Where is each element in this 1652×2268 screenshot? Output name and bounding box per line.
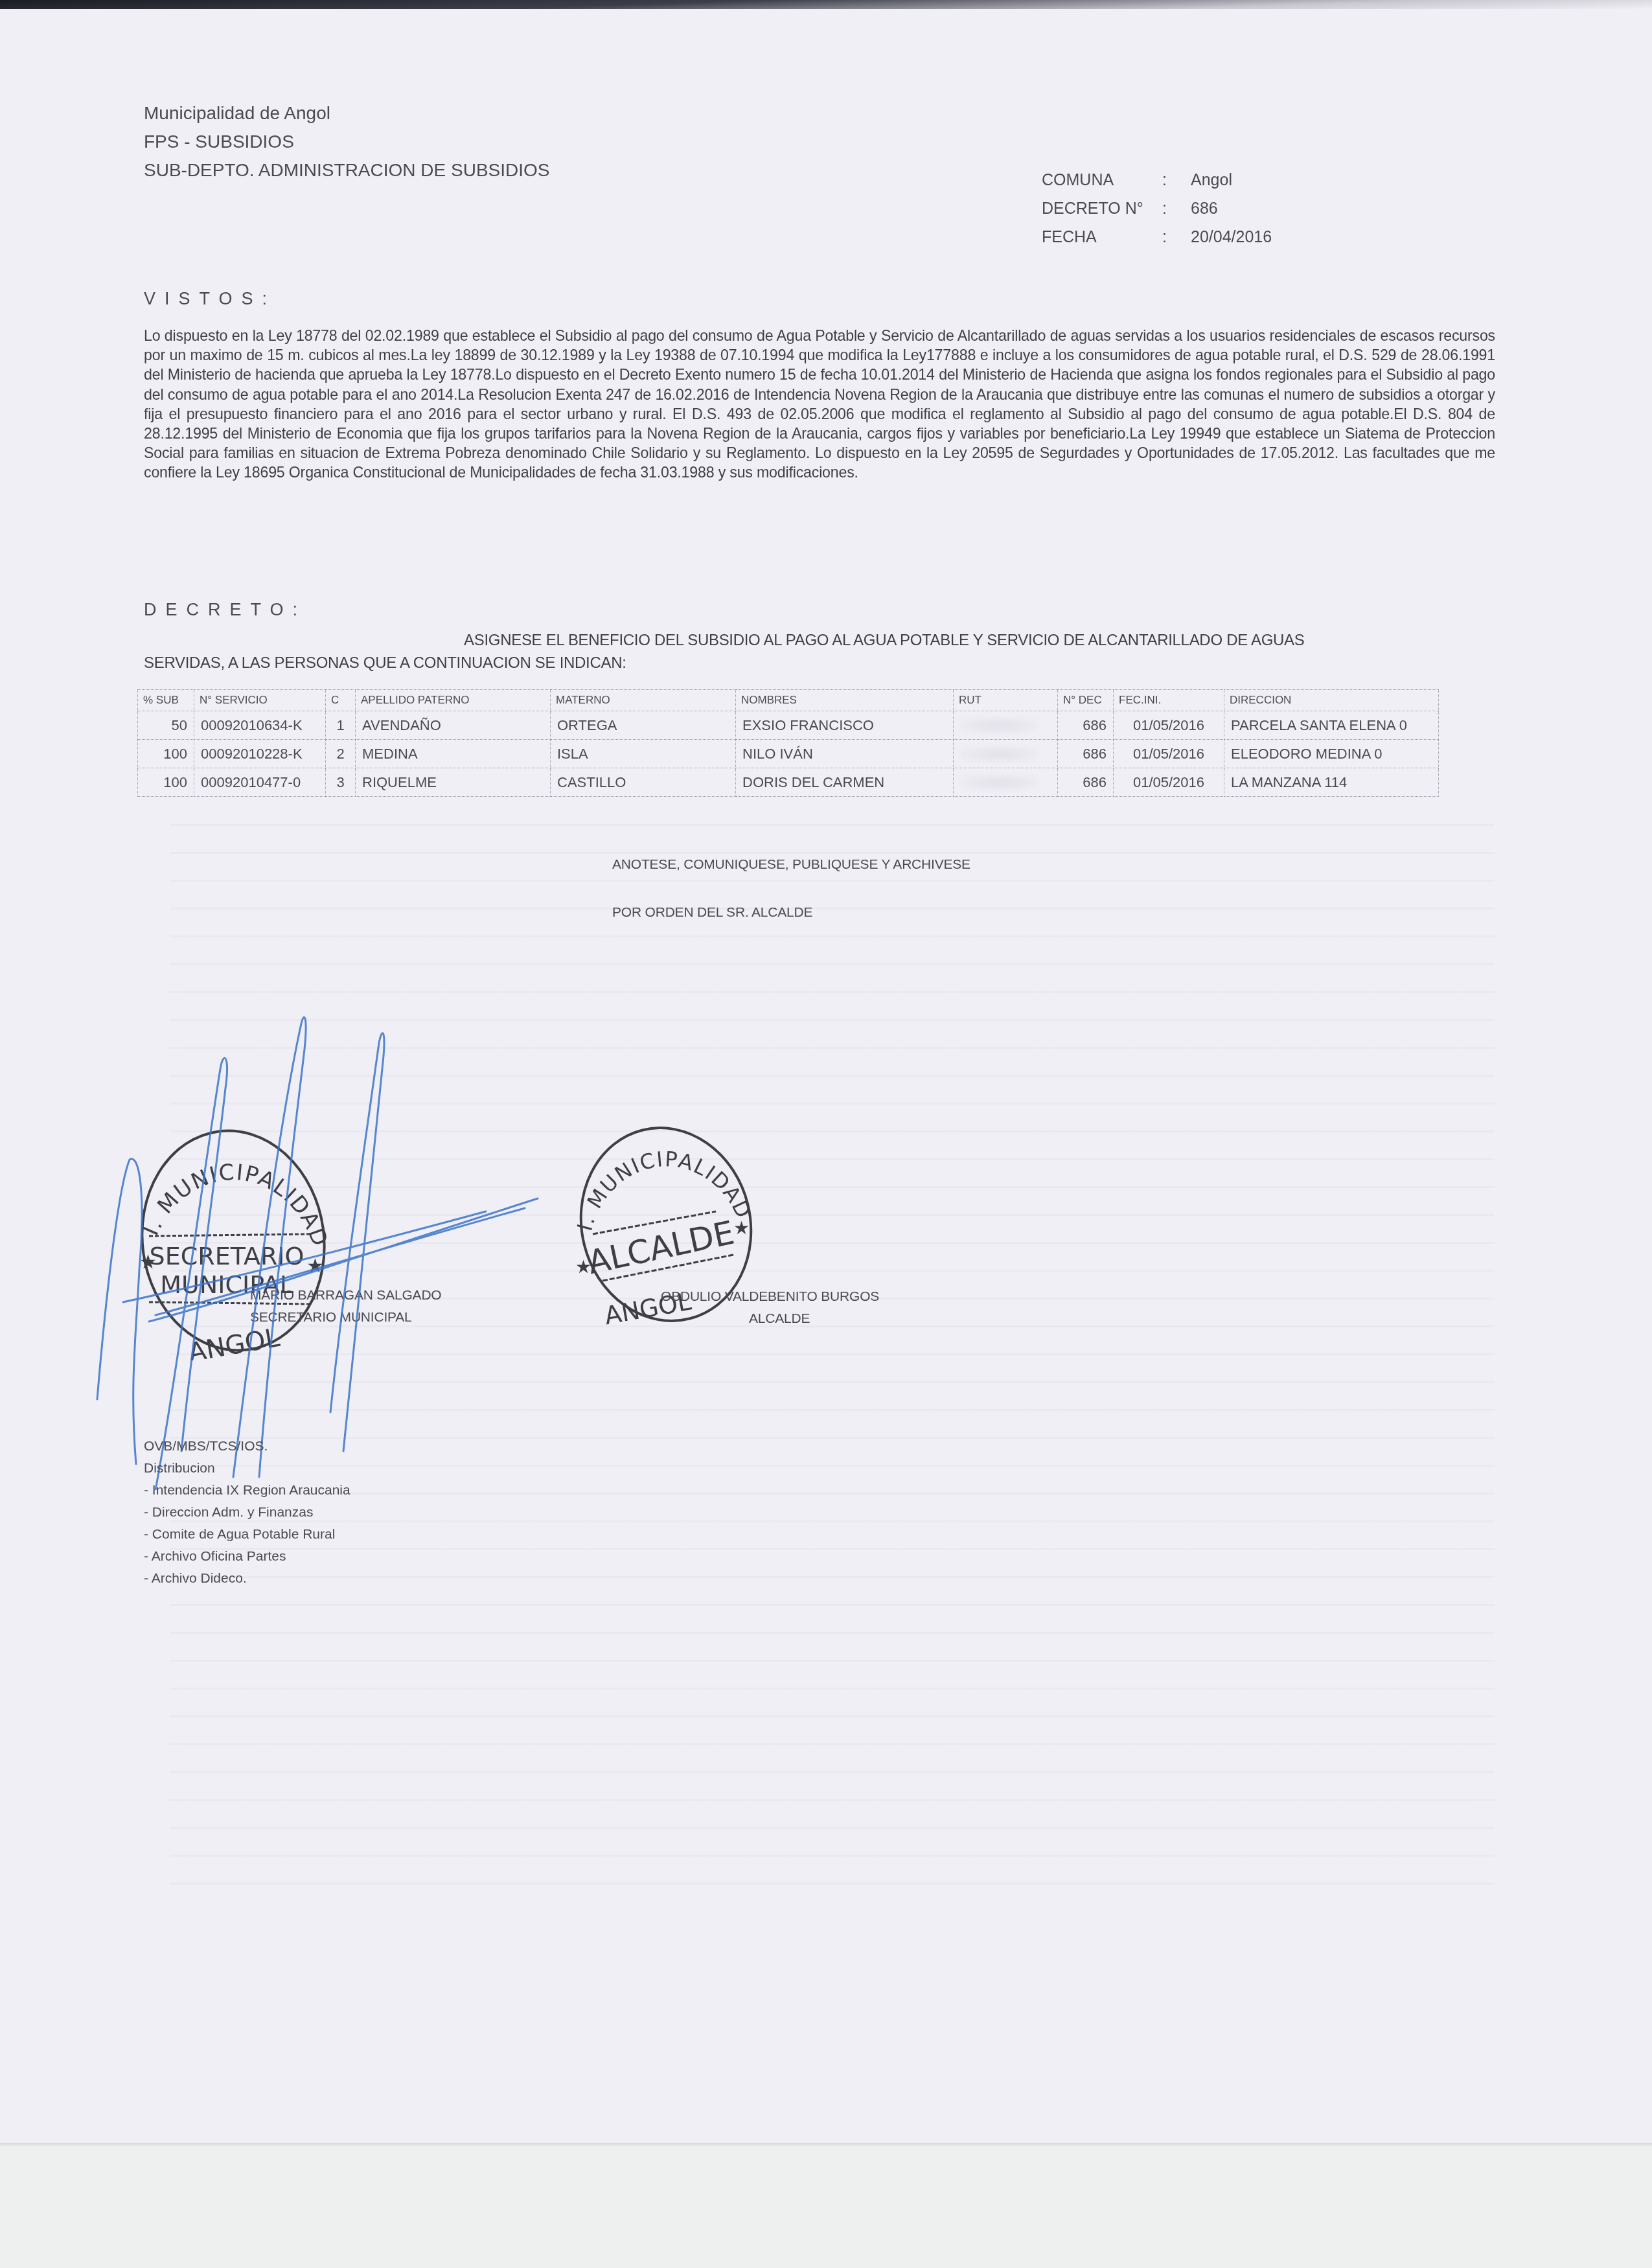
cell-fec: 01/05/2016 [1114,740,1224,768]
table-row: 100 00092010477-0 3 RIQUELME CASTILLO DO… [138,768,1439,797]
table-row: 50 00092010634-K 1 AVENDAÑO ORTEGA EXSIO… [138,711,1439,740]
cell-materno: ORTEGA [551,711,736,740]
col-materno: MATERNO [551,690,736,711]
redaction-blur [960,774,1038,791]
cell-dec: 686 [1058,768,1114,797]
col-fec: FEC.INI. [1114,690,1224,711]
cell-servicio: 00092010634-K [194,711,326,740]
cell-direccion: ELEODORO MEDINA 0 [1224,740,1439,768]
meta-decreto: DECRETO N°:686 [1042,194,1272,223]
cell-c: 3 [326,768,356,797]
cell-c: 2 [326,740,356,768]
table-header-row: % SUB N° SERVICIO C APELLIDO PATERNO MAT… [138,690,1439,711]
meta-fecha: FECHA:20/04/2016 [1042,223,1272,251]
col-sub: % SUB [138,690,194,711]
scanner-background [0,2147,1652,2268]
cell-rut-redacted [954,768,1058,797]
star-icon: ★ [733,1218,750,1238]
col-rut: RUT [954,690,1058,711]
cell-sub: 50 [138,711,194,740]
handwritten-signature [84,998,551,1490]
col-paterno: APELLIDO PATERNO [356,690,551,711]
cell-rut-redacted [954,740,1058,768]
scan-edge-top [0,0,1652,9]
cell-sub: 100 [138,768,194,797]
decreto-line-1: ASIGNESE EL BENEFICIO DEL SUBSIDIO AL PA… [464,632,1304,650]
initials: OVB/MBS/TCS/IOS. [144,1436,350,1458]
star-icon: ★ [575,1257,591,1277]
cell-dec: 686 [1058,711,1114,740]
distribution-heading: Distribucion [144,1458,350,1480]
cell-c: 1 [326,711,356,740]
cell-direccion: PARCELA SANTA ELENA 0 [1224,711,1439,740]
document-page: Municipalidad de Angol FPS - SUBSIDIOS S… [0,0,1652,2146]
closing-line-1: ANOTESE, COMUNIQUESE, PUBLIQUESE Y ARCHI… [612,857,970,873]
vistos-body: Lo dispuesto en la Ley 18778 del 02.02.1… [144,326,1495,483]
vistos-heading: VISTOS: [144,289,276,309]
meta-label: COMUNA [1042,166,1162,194]
beneficiaries-table: % SUB N° SERVICIO C APELLIDO PATERNO MAT… [137,689,1439,797]
meta-label: DECRETO N° [1042,194,1162,223]
meta-comuna: COMUNA:Angol [1042,166,1272,194]
cell-rut-redacted [954,711,1058,740]
redaction-blur [960,746,1038,762]
cell-paterno: AVENDAÑO [356,711,551,740]
cell-nombres: DORIS DEL CARMEN [736,768,954,797]
org-header: Municipalidad de Angol FPS - SUBSIDIOS S… [144,99,549,185]
col-servicio: N° SERVICIO [194,690,326,711]
decree-meta: COMUNA:Angol DECRETO N°:686 FECHA:20/04/… [1042,166,1272,251]
cell-dec: 686 [1058,740,1114,768]
cell-sub: 100 [138,740,194,768]
cell-nombres: NILO IVÁN [736,740,954,768]
mayor-name: OBDULIO VALDEBENITO BURGOS [661,1289,879,1305]
cell-paterno: RIQUELME [356,768,551,797]
org-department: FPS - SUBSIDIOS [144,128,549,156]
cell-materno: CASTILLO [551,768,736,797]
org-subdepartment: SUB-DEPTO. ADMINISTRACION DE SUBSIDIOS [144,156,549,185]
cell-nombres: EXSIO FRANCISCO [736,711,954,740]
col-c: C [326,690,356,711]
distribution-item: - Comite de Agua Potable Rural [144,1524,350,1546]
cell-servicio: 00092010228-K [194,740,326,768]
distribution-item: - Archivo Dideco. [144,1568,350,1590]
meta-label: FECHA [1042,223,1162,251]
col-dec: N° DEC [1058,690,1114,711]
cell-fec: 01/05/2016 [1114,711,1224,740]
cell-fec: 01/05/2016 [1114,768,1224,797]
distribution-item: - Direccion Adm. y Finanzas [144,1502,350,1524]
cell-direccion: LA MANZANA 114 [1224,768,1439,797]
distribution-item: - Archivo Oficina Partes [144,1546,350,1568]
col-nombres: NOMBRES [736,690,954,711]
distribution-item: - Intendencia IX Region Araucania [144,1480,350,1502]
closing-line-2: POR ORDEN DEL SR. ALCALDE [612,905,812,921]
cell-servicio: 00092010477-0 [194,768,326,797]
table-row: 100 00092010228-K 2 MEDINA ISLA NILO IVÁ… [138,740,1439,768]
cell-materno: ISLA [551,740,736,768]
distribution-block: OVB/MBS/TCS/IOS. Distribucion - Intenden… [144,1436,350,1590]
meta-value: 20/04/2016 [1191,228,1272,246]
meta-value: 686 [1191,200,1218,218]
mayor-title: ALCALDE [749,1311,810,1327]
decreto-heading: DECRETO: [144,600,306,620]
stamp-center-text: ALCALDE [584,1214,737,1281]
col-direccion: DIRECCION [1224,690,1439,711]
decreto-line-2: SERVIDAS, A LAS PERSONAS QUE A CONTINUAC… [144,654,626,672]
redaction-blur [960,717,1038,734]
meta-value: Angol [1191,171,1232,189]
cell-paterno: MEDINA [356,740,551,768]
org-name: Municipalidad de Angol [144,99,549,128]
